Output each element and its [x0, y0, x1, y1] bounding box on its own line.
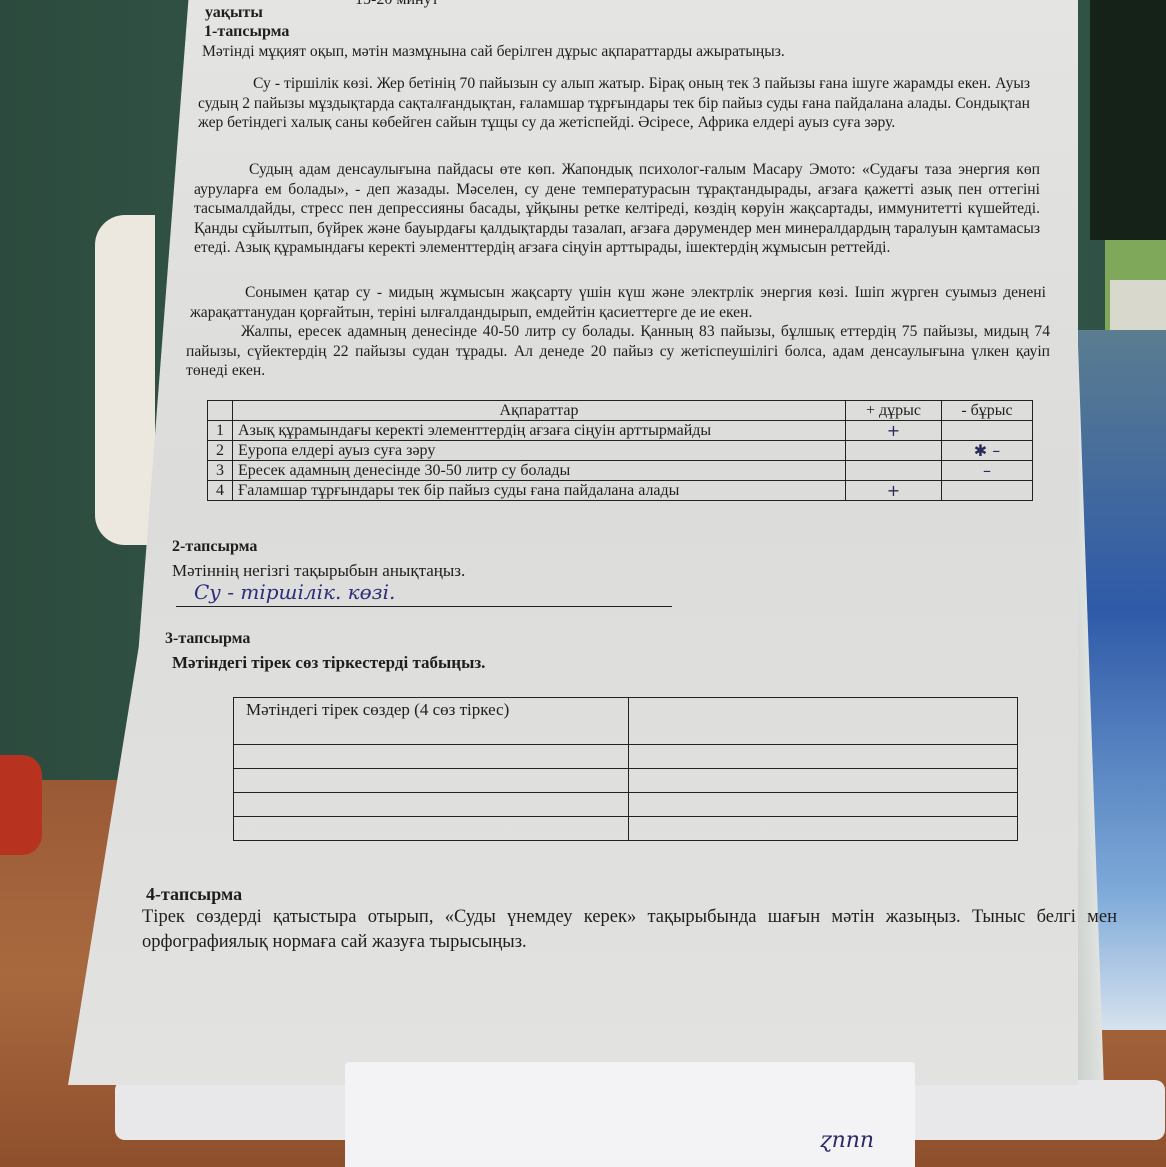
row-statement: Еуропа елдері ауыз суға зәру	[233, 441, 846, 461]
key-phrase-cell[interactable]	[629, 769, 1018, 793]
dark-poster	[1090, 0, 1166, 240]
time-label: уақыты	[205, 4, 263, 22]
table-row: 4 Ғаламшар тұрғындары тек бір пайыз суды…	[208, 481, 1033, 501]
correct-mark[interactable]: +	[846, 421, 942, 441]
key-phrase-cell[interactable]	[629, 745, 1018, 769]
task4-instruction: Тірек сөздерді қатыстыра отырып, «Суды ү…	[142, 905, 1117, 955]
header-information: Ақпараттар	[233, 401, 846, 421]
task2-instruction: Мәтіннің негізгі тақырыбын анықтаңыз.	[172, 561, 465, 581]
information-table: Ақпараттар + дұрыс - бұрыс 1 Азық құрамы…	[207, 400, 1033, 501]
key-phrase-cell[interactable]	[234, 745, 629, 769]
task3-title: 3-тапсырма	[165, 630, 250, 648]
correct-mark[interactable]	[846, 441, 942, 461]
red-object	[0, 755, 42, 855]
task3-instruction: Мәтіндегі тірек сөз тіркестерді табыңыз.	[172, 653, 485, 673]
task1-paragraph-4: Жалпы, ересек адамның денесінде 40-50 ли…	[186, 322, 1050, 381]
table-row: 2 Еуропа елдері ауыз суға зәру ✱ –	[208, 441, 1033, 461]
wrong-mark[interactable]	[942, 481, 1033, 501]
wrong-mark[interactable]	[942, 421, 1033, 441]
correct-mark[interactable]: +	[846, 481, 942, 501]
header-correct: + дұрыс	[846, 401, 942, 421]
key-phrases-header-row: Мәтіндегі тірек сөздер (4 сөз тіркес)	[234, 698, 1018, 745]
task1-paragraph-3: Сонымен қатар су - мидың жұмысын жақсарт…	[190, 283, 1046, 322]
table-header-row: Ақпараттар + дұрыс - бұрыс	[208, 401, 1033, 421]
row-statement: Ғаламшар тұрғындары тек бір пайыз суды ғ…	[233, 481, 846, 501]
key-phrase-cell[interactable]	[234, 793, 629, 817]
table-row	[234, 769, 1018, 793]
table-row: 1 Азық құрамындағы керекті элементтердің…	[208, 421, 1033, 441]
task2-title: 2-тапсырма	[172, 538, 257, 556]
key-phrase-cell[interactable]	[234, 817, 629, 841]
white-cloth	[95, 215, 155, 545]
table-row	[234, 745, 1018, 769]
correct-mark[interactable]	[846, 461, 942, 481]
key-phrases-cell[interactable]	[629, 698, 1018, 745]
key-phrases-table: Мәтіндегі тірек сөздер (4 сөз тіркес)	[233, 697, 1018, 841]
task4-title: 4-тапсырма	[146, 884, 242, 905]
task1-title: 1-тапсырма	[204, 23, 289, 41]
table-row	[234, 793, 1018, 817]
table-row: 3 Ересек адамның денесінде 30-50 литр су…	[208, 461, 1033, 481]
header-wrong: - бұрыс	[942, 401, 1033, 421]
task1-paragraph-1: Су - тіршілік көзі. Жер бетінің 70 пайыз…	[198, 74, 1030, 133]
wrong-mark[interactable]: –	[942, 461, 1033, 481]
key-phrases-header: Мәтіндегі тірек сөздер (4 сөз тіркес)	[234, 698, 629, 745]
task1-paragraph-2: Судың адам денсаулығына пайдасы өте көп.…	[194, 160, 1040, 258]
key-phrase-cell[interactable]	[629, 793, 1018, 817]
wrong-mark[interactable]: ✱ –	[942, 441, 1033, 461]
task1-instruction: Мәтінді мұқият оқып, мәтін мазмұнына сай…	[202, 42, 902, 62]
row-statement: Ересек адамның денесінде 30-50 литр су б…	[233, 461, 846, 481]
note-handwriting: ɀnnn	[820, 1128, 874, 1153]
time-value: 15-20 минут	[355, 0, 439, 8]
row-statement: Азық құрамындағы керекті элементтердің а…	[233, 421, 846, 441]
key-phrase-cell[interactable]	[629, 817, 1018, 841]
task2-answer-field[interactable]: Су - тіршілік. көзі.	[176, 580, 672, 607]
key-phrase-cell[interactable]	[234, 769, 629, 793]
table-row	[234, 817, 1018, 841]
